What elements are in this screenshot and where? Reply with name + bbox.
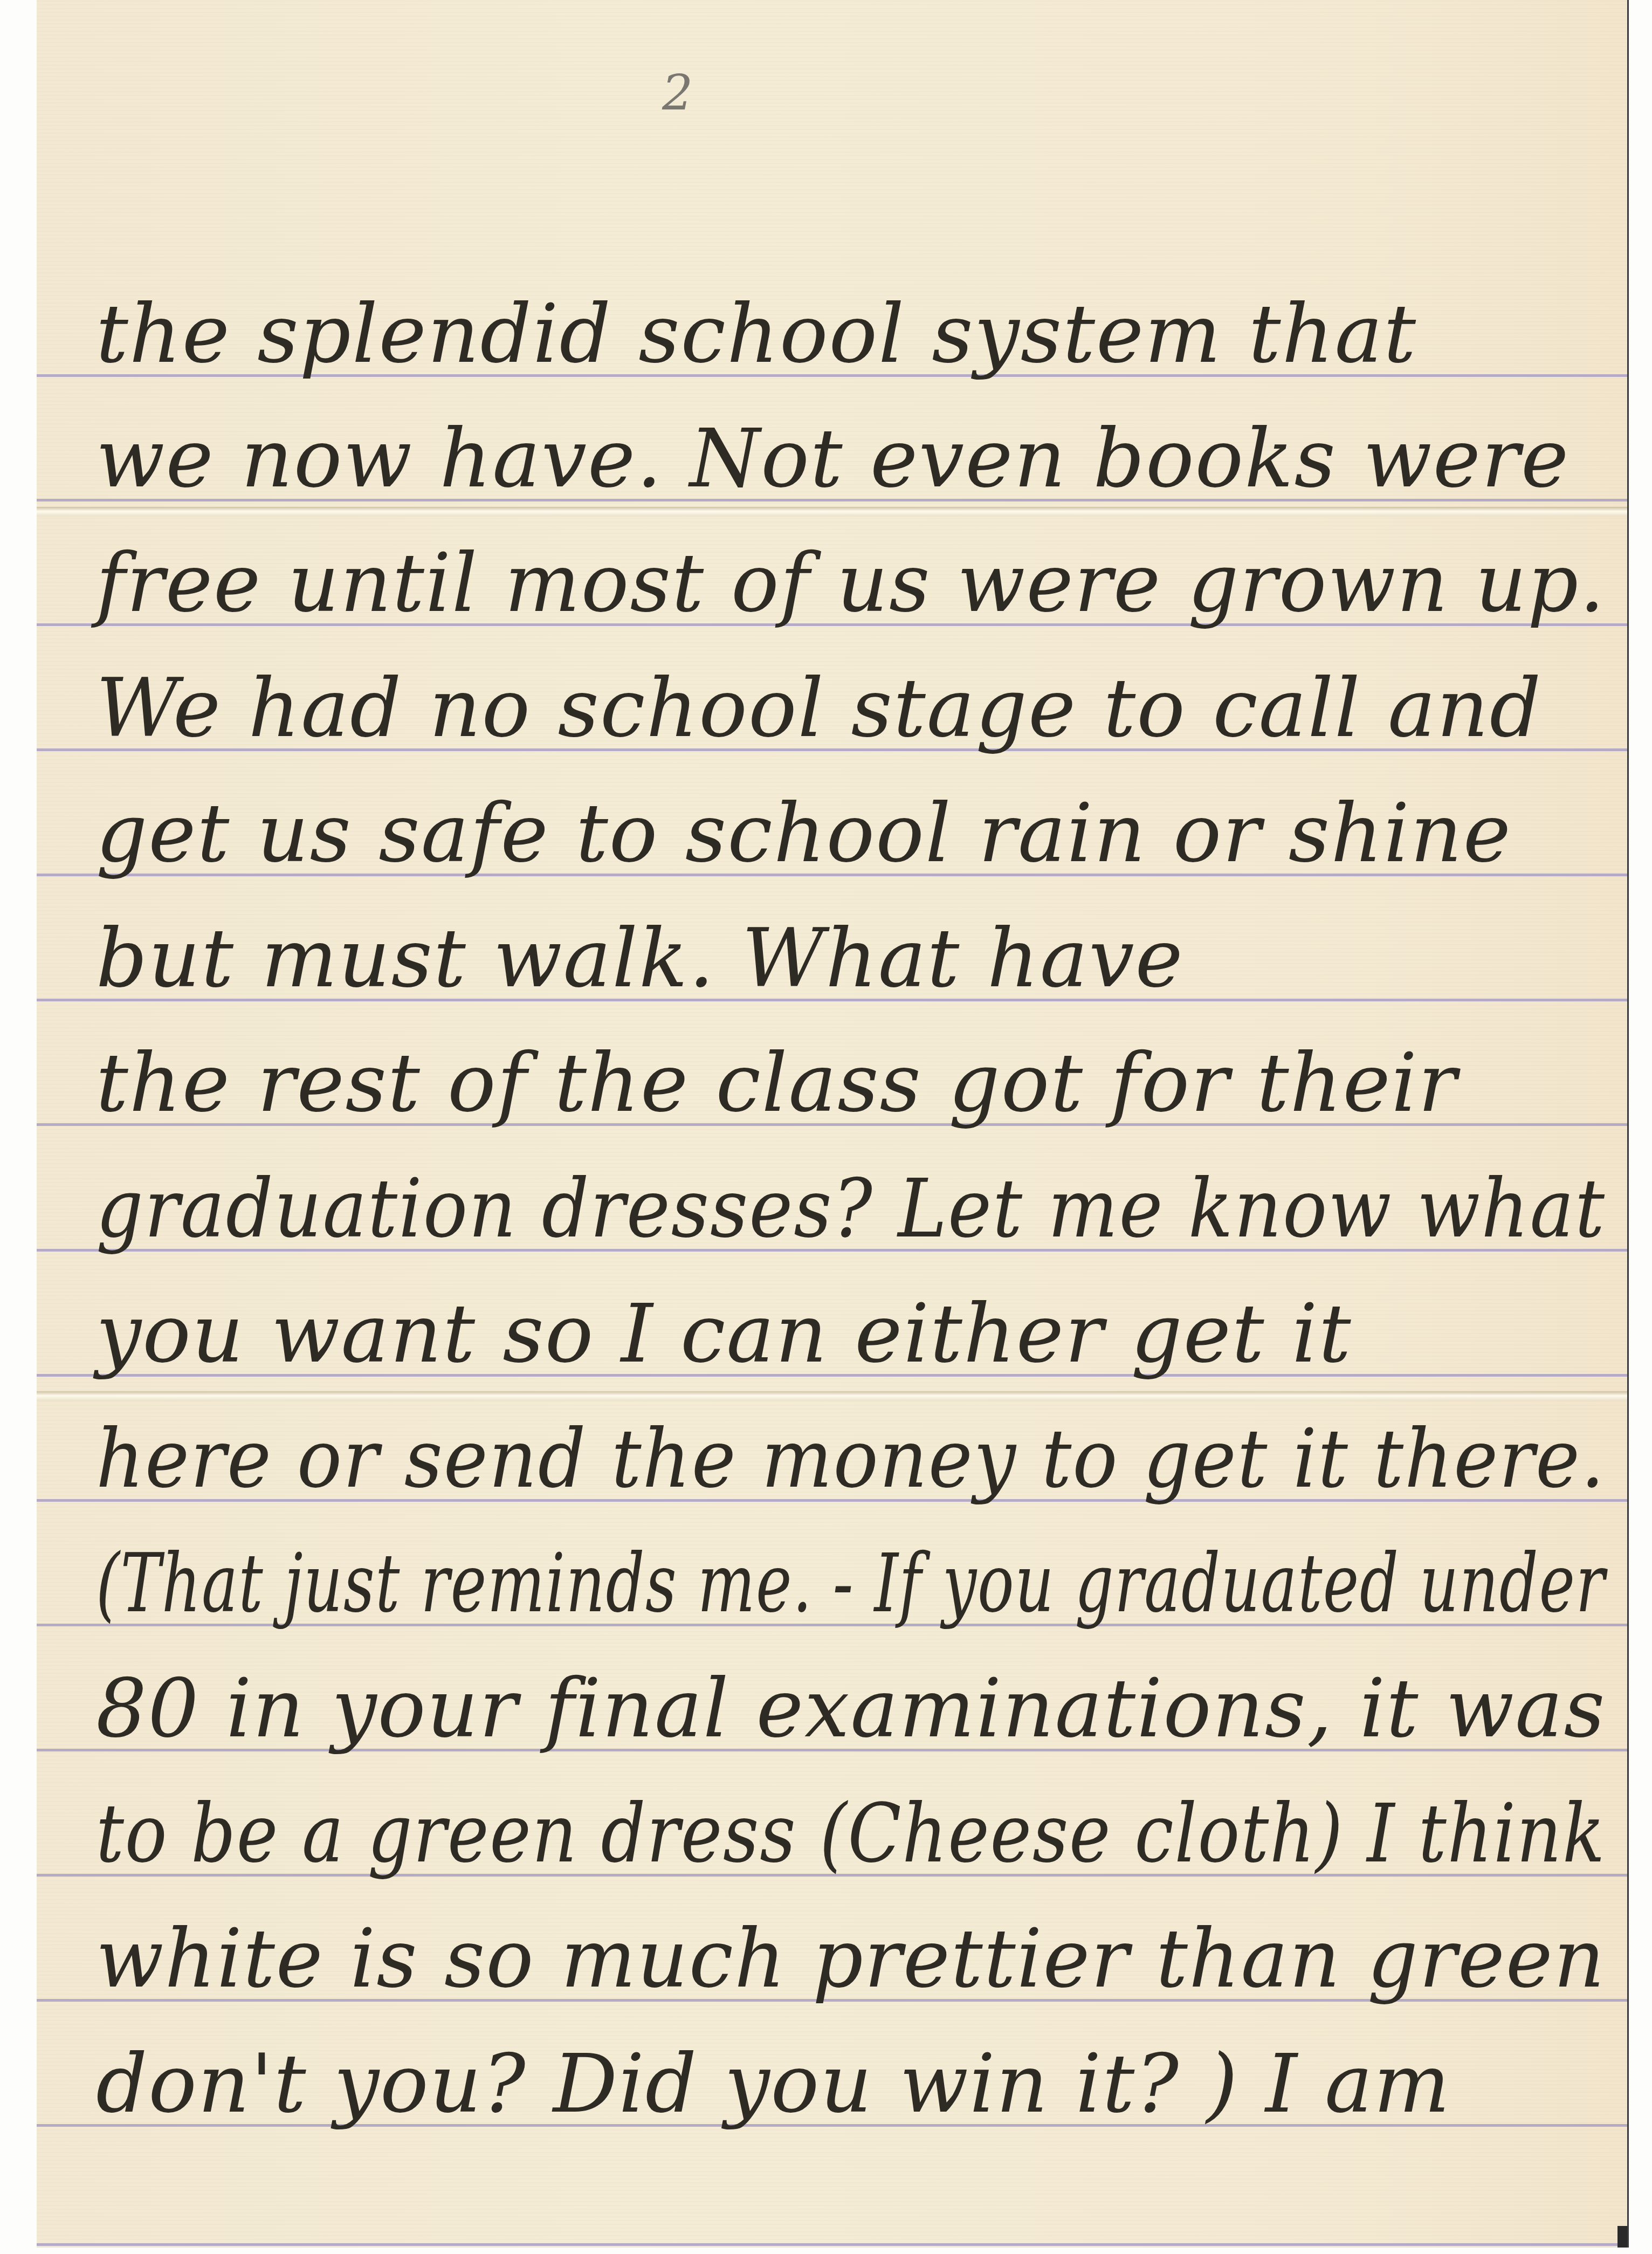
letter-line-5: get us safe to school rain or shine <box>96 793 1606 874</box>
letter-line-8: graduation dresses? Let me know what <box>96 1169 1486 1249</box>
letter-line-14: white is so much prettier than green <box>96 1919 1584 1999</box>
letter-line-15: don't you? Did you win it? ) I am <box>96 2044 1606 2125</box>
letter-line-4: We had no school stage to call and <box>96 668 1606 749</box>
letter-line-10: here or send the money to get it there. <box>96 1419 1500 1500</box>
letter-line-3: free until most of us were grown up. <box>96 543 1590 624</box>
paper-fold <box>37 507 1627 517</box>
letter-paper: 2 the splendid school system that we now… <box>37 0 1629 2248</box>
letter-line-1: the splendid school system that <box>96 294 1606 375</box>
letter-line-13: to be a green dress (Cheese cloth) I thi… <box>96 1793 1408 1874</box>
letter-line-12: 80 in your final examinations, it was <box>96 1668 1596 1749</box>
scan-edge-mark <box>1617 2226 1627 2248</box>
letter-line-6: but must walk. What have <box>96 918 1606 999</box>
ruled-line <box>37 2243 1627 2246</box>
letter-line-11: (That just reminds me. - If you graduate… <box>96 1543 1237 1624</box>
paper-fold <box>37 1391 1627 1401</box>
letter-line-2: we now have. Not even books were <box>96 418 1606 499</box>
page-number: 2 <box>662 65 693 121</box>
letter-line-9: you want so I can either get it <box>96 1294 1606 1375</box>
letter-line-7: the rest of the class got for their <box>96 1043 1606 1124</box>
